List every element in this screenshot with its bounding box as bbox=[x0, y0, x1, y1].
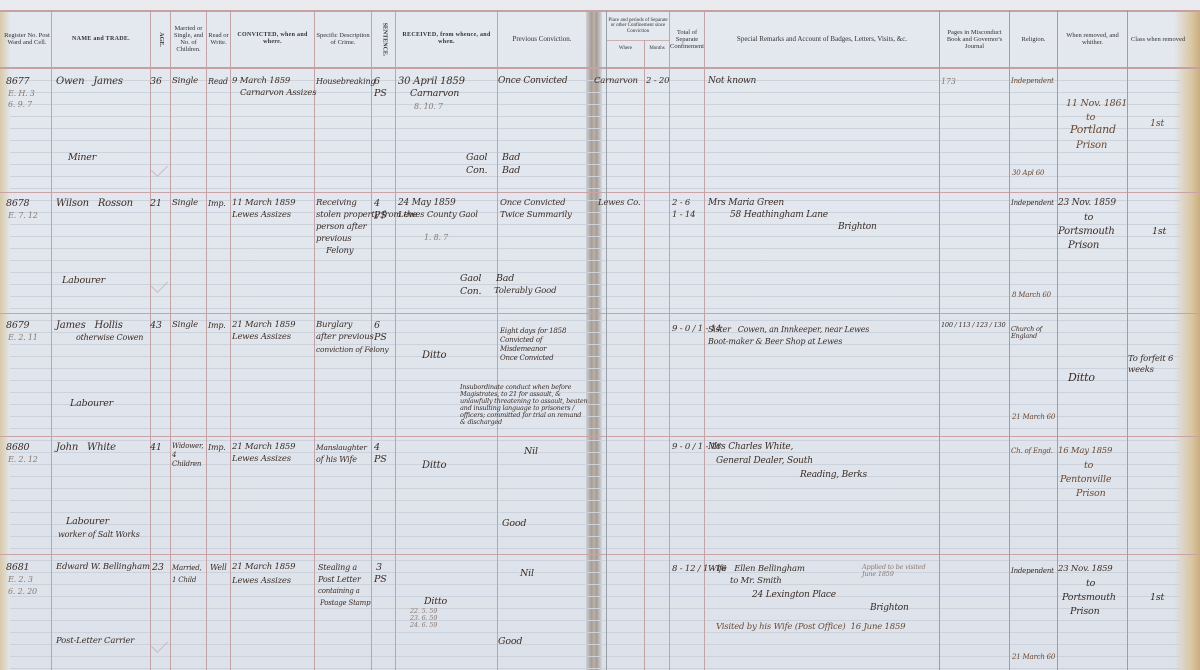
removed-date: 11 Nov. 1861 bbox=[1066, 98, 1127, 109]
column-line bbox=[170, 10, 171, 670]
crime: Felony bbox=[326, 246, 353, 257]
ledger-ruling bbox=[10, 644, 1180, 645]
ledger-ruling bbox=[10, 392, 1180, 393]
convicted-place: Lewes Assizes bbox=[232, 576, 291, 587]
previous-conviction: Nil bbox=[520, 568, 534, 579]
received-from: Carnarvon bbox=[410, 88, 459, 99]
column-line bbox=[669, 10, 670, 670]
ledger-ruling bbox=[10, 440, 1180, 441]
ledger-ruling bbox=[10, 404, 1180, 405]
crime: previous bbox=[316, 234, 351, 245]
page-edge-right bbox=[1174, 0, 1200, 670]
register-number: 8679 bbox=[6, 320, 29, 331]
class-when-removed: 1st bbox=[1152, 226, 1166, 237]
visit-note: Visited by his Wife (Post Office) 16 Jun… bbox=[716, 622, 905, 633]
conduct-character: Bad bbox=[502, 165, 520, 176]
ledger-ruling bbox=[10, 104, 1180, 105]
confinement-where: Lewes Co. bbox=[598, 198, 640, 209]
previous-conviction: Once Convicted bbox=[498, 76, 567, 87]
convicted-place: Lewes Assizes bbox=[232, 454, 291, 465]
sentence-type: PS bbox=[374, 88, 387, 99]
age: 41 bbox=[150, 442, 162, 453]
convicted-date: 21 March 1859 bbox=[232, 562, 295, 573]
ledger-ruling bbox=[10, 140, 1180, 141]
sentence-type: PS bbox=[374, 210, 387, 221]
crime: conviction of Felony bbox=[316, 344, 388, 355]
register-number: 8677 bbox=[6, 76, 29, 87]
sentence-years: 6 bbox=[374, 320, 380, 331]
removed-to: to bbox=[1084, 212, 1093, 223]
header-crime: Specific Description of Crime. bbox=[315, 11, 371, 67]
age: 43 bbox=[150, 320, 162, 331]
header-received: RECEIVED, from whence, and when. bbox=[396, 11, 497, 67]
removed-place-2: Prison bbox=[1068, 240, 1099, 251]
book-gutter bbox=[586, 0, 602, 670]
column-line bbox=[644, 40, 645, 670]
column-line bbox=[497, 10, 498, 670]
ledger-ruling bbox=[10, 536, 1180, 537]
age: 36 bbox=[150, 76, 162, 87]
prisoner-trade-2: worker of Salt Works bbox=[58, 529, 140, 540]
ledger-ruling bbox=[10, 620, 1180, 621]
ward-cell: E. 7. 12 bbox=[8, 210, 38, 221]
header-special-remarks: Special Remarks and Account of Badges, L… bbox=[705, 11, 939, 67]
age: 23 bbox=[152, 562, 164, 573]
age: 21 bbox=[150, 198, 162, 209]
confinement-months: 2 - 6 bbox=[672, 198, 690, 209]
marital-status: Widower, 4 Children bbox=[172, 442, 206, 469]
sentence-type: PS bbox=[374, 454, 387, 465]
ledger-ruling bbox=[10, 416, 1180, 417]
religion-note: 8 March 60 bbox=[1012, 290, 1051, 301]
convicted-date: 21 March 1859 bbox=[232, 442, 295, 453]
header-previous-conviction: Previous Conviction. bbox=[498, 11, 586, 67]
special-remarks: Sister Cowen, an Innkeeper, near Lewes bbox=[708, 324, 869, 335]
header-religion: Religion. bbox=[1010, 11, 1057, 67]
previous-conviction: Twice Summarily bbox=[500, 210, 572, 221]
header-periods-months: Months bbox=[645, 42, 669, 54]
header-convicted: CONVICTED, when and where. bbox=[231, 11, 314, 67]
special-remarks: Wife Ellen Bellingham bbox=[708, 564, 805, 575]
sentence-years: 4 bbox=[374, 198, 380, 209]
removed-place: Portsmouth bbox=[1062, 592, 1116, 603]
read-write: Imp. bbox=[208, 442, 226, 453]
ward-cell: E. 2. 3 bbox=[8, 574, 33, 585]
marital-status: Married, 1 Child bbox=[172, 562, 206, 586]
prisoner-trade: Miner bbox=[68, 152, 96, 163]
sentence-years: 4 bbox=[374, 442, 380, 453]
convicted-place: Carnarvon Assizes bbox=[240, 88, 316, 99]
ledger-spread: Register No. Post Ward and Cell. NAME an… bbox=[0, 0, 1200, 670]
read-write: Read bbox=[208, 76, 228, 87]
column-line bbox=[606, 10, 607, 670]
religion-note: 30 Apl 60 bbox=[1012, 168, 1044, 179]
removed-place: Pentonville bbox=[1060, 474, 1111, 485]
removed-place-2: Prison bbox=[1070, 606, 1100, 617]
special-remarks: Mrs Maria Green bbox=[708, 198, 784, 209]
conduct-label: Con. bbox=[466, 165, 487, 176]
prisoner-trade: Labourer bbox=[66, 516, 109, 527]
read-write: Imp. bbox=[208, 198, 226, 209]
ledger-ruling bbox=[10, 332, 1180, 333]
ledger-ruling bbox=[10, 248, 1180, 249]
header-periods-confinement: Place and periods of Separate or other C… bbox=[607, 12, 669, 40]
crime: of his Wife bbox=[316, 454, 357, 465]
class-when-removed: 1st bbox=[1150, 118, 1164, 129]
sentence-type: PS bbox=[374, 574, 387, 585]
ledger-ruling bbox=[10, 512, 1180, 513]
previous-conviction-note: Insubordinate conduct when before Magist… bbox=[460, 384, 588, 426]
ledger-ruling bbox=[10, 428, 1180, 429]
received-ditto: Ditto bbox=[424, 596, 447, 607]
special-remarks: 58 Heathingham Lane bbox=[730, 210, 828, 221]
ledger-ruling bbox=[10, 176, 1180, 177]
crime: Receiving bbox=[316, 198, 357, 209]
received-date: 24 May 1859 bbox=[398, 198, 456, 209]
gaol-label: Gaol bbox=[460, 273, 481, 284]
ledger-ruling bbox=[10, 668, 1180, 669]
column-line bbox=[1009, 10, 1010, 670]
crime: Burglary bbox=[316, 320, 352, 331]
ledger-ruling bbox=[10, 116, 1180, 117]
register-number: 8680 bbox=[6, 442, 29, 453]
ledger-ruling bbox=[10, 380, 1180, 381]
special-remarks: Reading, Berks bbox=[800, 470, 867, 481]
previous-conviction: Once Convicted bbox=[500, 353, 553, 364]
crime: Postage Stamp bbox=[320, 598, 370, 609]
misconduct-pages: 100 / 113 / 123 / 130 bbox=[941, 322, 1005, 329]
received-code: 8. 10. 7 bbox=[414, 101, 443, 112]
ledger-ruling bbox=[10, 152, 1180, 153]
header-sentence: SENTENCE. bbox=[372, 11, 395, 67]
religion-note: 21 March 60 bbox=[1012, 412, 1055, 423]
column-line bbox=[314, 10, 315, 670]
ledger-ruling bbox=[10, 308, 1180, 309]
removed-place: Portsmouth bbox=[1058, 226, 1115, 237]
confinement-months: 2 - 20 bbox=[646, 76, 669, 87]
removed-date: 23 Nov. 1859 bbox=[1058, 198, 1116, 209]
header-register: Register No. Post Ward and Cell. bbox=[4, 11, 50, 67]
sentence-years: 3 bbox=[376, 562, 382, 573]
removed-to: to bbox=[1086, 578, 1095, 589]
confinement-where: Carnarvon bbox=[594, 76, 638, 87]
received-date: 24. 6. 59 bbox=[410, 622, 437, 629]
prisoner-name: John White bbox=[56, 442, 116, 453]
convicted-place: Lewes Assizes bbox=[232, 332, 291, 343]
header-name-trade: NAME and TRADE. bbox=[52, 11, 150, 67]
convicted-date: 9 March 1859 bbox=[232, 76, 290, 87]
religion: Church of England bbox=[1011, 326, 1055, 340]
ledger-ruling bbox=[10, 356, 1180, 357]
special-remarks: Mrs Charles White, bbox=[708, 442, 793, 453]
row-divider bbox=[0, 192, 1200, 193]
previous-conviction: Nil bbox=[524, 446, 538, 457]
ledger-ruling bbox=[10, 344, 1180, 345]
removed-place-2: Prison bbox=[1076, 140, 1107, 151]
ledger-ruling bbox=[10, 656, 1180, 657]
ledger-ruling bbox=[10, 608, 1180, 609]
conduct-character: Tolerably Good bbox=[494, 286, 556, 297]
ward-cell: 6. 9. 7 bbox=[8, 99, 32, 110]
ledger-ruling bbox=[10, 236, 1180, 237]
gaol-label: Gaol bbox=[466, 152, 487, 163]
crime: Post Letter bbox=[318, 574, 361, 585]
gaol-character: Bad bbox=[502, 152, 520, 163]
ledger-ruling bbox=[10, 188, 1180, 189]
header-read-write: Read or Write. bbox=[207, 11, 230, 67]
removed-ditto: Ditto bbox=[1068, 372, 1095, 383]
register-number: 8678 bbox=[6, 198, 29, 209]
crime: containing a bbox=[318, 586, 360, 597]
conduct-character: Good bbox=[498, 636, 522, 647]
convicted-date: 11 March 1859 bbox=[232, 198, 295, 209]
ledger-ruling bbox=[10, 476, 1180, 477]
special-remarks: Boot-maker & Beer Shop at Lewes bbox=[708, 336, 842, 347]
ledger-ruling bbox=[10, 500, 1180, 501]
ledger-ruling bbox=[10, 548, 1180, 549]
special-remarks: 24 Lexington Place bbox=[752, 590, 836, 601]
religion-note: 21 March 60 bbox=[1012, 652, 1055, 663]
header-married: Married or Single, and No. of Children. bbox=[171, 11, 206, 67]
column-line bbox=[51, 10, 52, 670]
column-line bbox=[206, 10, 207, 670]
ledger-ruling bbox=[10, 560, 1180, 561]
ledger-ruling bbox=[10, 92, 1180, 93]
header-class: Class when removed bbox=[1128, 11, 1188, 67]
sentence-years: 6 bbox=[374, 76, 380, 87]
crime: Stealing a bbox=[318, 562, 357, 573]
received-ditto: Ditto bbox=[422, 460, 446, 471]
ledger-ruling bbox=[10, 224, 1180, 225]
received-from: Lewes County Gaol bbox=[398, 210, 478, 221]
removed-to: to bbox=[1084, 460, 1093, 471]
removed-date: 23 Nov. 1859 bbox=[1058, 564, 1113, 575]
received-date: 30 April 1859 bbox=[398, 76, 465, 87]
received-code: 1. 8. 7 bbox=[424, 232, 448, 243]
prisoner-alias: otherwise Cowen bbox=[76, 332, 143, 343]
ward-cell: 6. 2. 20 bbox=[8, 586, 37, 597]
ledger-ruling bbox=[10, 260, 1180, 261]
crime: person after bbox=[316, 222, 367, 233]
column-line bbox=[1127, 10, 1128, 670]
gaol-character: Bad bbox=[496, 273, 514, 284]
religion: Independent bbox=[1011, 198, 1054, 209]
removed-place-2: Prison bbox=[1076, 488, 1106, 499]
crime: after previous bbox=[316, 332, 374, 343]
class-when-removed: To forfeit 6 weeks bbox=[1128, 354, 1190, 376]
special-remarks: Brighton bbox=[870, 603, 909, 614]
religion: Independent bbox=[1011, 566, 1054, 577]
marital-status: Single bbox=[172, 198, 198, 209]
convicted-date: 21 March 1859 bbox=[232, 320, 295, 331]
row-divider bbox=[0, 436, 1200, 437]
removed-place: Portland bbox=[1070, 124, 1116, 135]
special-remarks: to Mr. Smith bbox=[730, 576, 782, 587]
crime: Manslaughter bbox=[316, 442, 367, 453]
prisoner-name: Edward W. Bellingham bbox=[56, 562, 150, 573]
special-remarks: General Dealer, South bbox=[716, 456, 813, 467]
special-remarks: Not known bbox=[708, 76, 756, 87]
read-write: Well bbox=[210, 562, 227, 573]
ledger-ruling bbox=[10, 488, 1180, 489]
received-ditto: Ditto bbox=[422, 350, 446, 361]
ledger-ruling bbox=[10, 368, 1180, 369]
register-number: 8681 bbox=[6, 562, 29, 573]
header-pages: Pages in Misconduct Book and Governor's … bbox=[940, 11, 1009, 67]
ledger-ruling bbox=[10, 632, 1180, 633]
prisoner-trade: Labourer bbox=[70, 398, 113, 409]
conduct-character: Good bbox=[502, 518, 526, 529]
ward-cell: E. 2. 12 bbox=[8, 454, 38, 465]
ward-cell: E. 2. 11 bbox=[8, 332, 38, 343]
class-when-removed: 1st bbox=[1150, 592, 1164, 603]
column-line bbox=[230, 10, 231, 670]
religion: Ch. of Engd. bbox=[1011, 446, 1053, 457]
ledger-ruling bbox=[10, 524, 1180, 525]
ledger-ruling bbox=[10, 212, 1180, 213]
marital-status: Single bbox=[172, 320, 198, 331]
ledger-ruling bbox=[10, 596, 1180, 597]
conduct-label: Con. bbox=[460, 286, 481, 297]
prisoner-name: Owen James bbox=[56, 76, 123, 87]
header-when-removed: When removed, and whither. bbox=[1058, 11, 1127, 67]
ledger-ruling bbox=[10, 284, 1180, 285]
column-line bbox=[395, 10, 396, 670]
sentence-type: PS bbox=[374, 332, 387, 343]
removed-date: 16 May 1859 bbox=[1058, 446, 1112, 457]
religion: Independent bbox=[1011, 76, 1054, 87]
header-age: AGE. bbox=[151, 11, 170, 67]
row-divider bbox=[0, 554, 1200, 555]
ledger-ruling bbox=[10, 164, 1180, 165]
convicted-place: Lewes Assizes bbox=[232, 210, 291, 221]
prisoner-name: Wilson Rosson bbox=[56, 198, 133, 209]
special-remarks: Brighton bbox=[838, 222, 877, 233]
prisoner-trade: Post-Letter Carrier bbox=[56, 636, 134, 647]
previous-conviction: Once Convicted bbox=[500, 198, 565, 209]
header-periods-where: Where bbox=[607, 42, 644, 54]
top-margin bbox=[0, 0, 1200, 10]
header-bottom-rule bbox=[0, 67, 1200, 69]
row-divider bbox=[0, 313, 1200, 314]
header-total-confinement: Total of Separate Confinement bbox=[670, 11, 704, 67]
ledger-ruling bbox=[10, 272, 1180, 273]
read-write: Imp. bbox=[208, 320, 226, 331]
ledger-ruling bbox=[10, 296, 1180, 297]
remarks-side-note: Applied to be visited June 1859 bbox=[862, 564, 938, 578]
prisoner-trade: Labourer bbox=[62, 275, 105, 286]
prisoner-name: James Hollis bbox=[56, 320, 123, 331]
crime: Housebreaking bbox=[316, 76, 375, 87]
subheader-rule bbox=[607, 40, 669, 41]
total-confinement: 1 - 14 bbox=[672, 210, 695, 221]
misconduct-pages: 173 bbox=[941, 76, 956, 87]
ward-cell: E. H. 3 bbox=[8, 88, 35, 99]
column-line bbox=[150, 10, 151, 670]
column-line bbox=[939, 10, 940, 670]
marital-status: Single bbox=[172, 76, 198, 87]
ledger-ruling bbox=[10, 128, 1180, 129]
removed-to: to bbox=[1086, 112, 1095, 123]
